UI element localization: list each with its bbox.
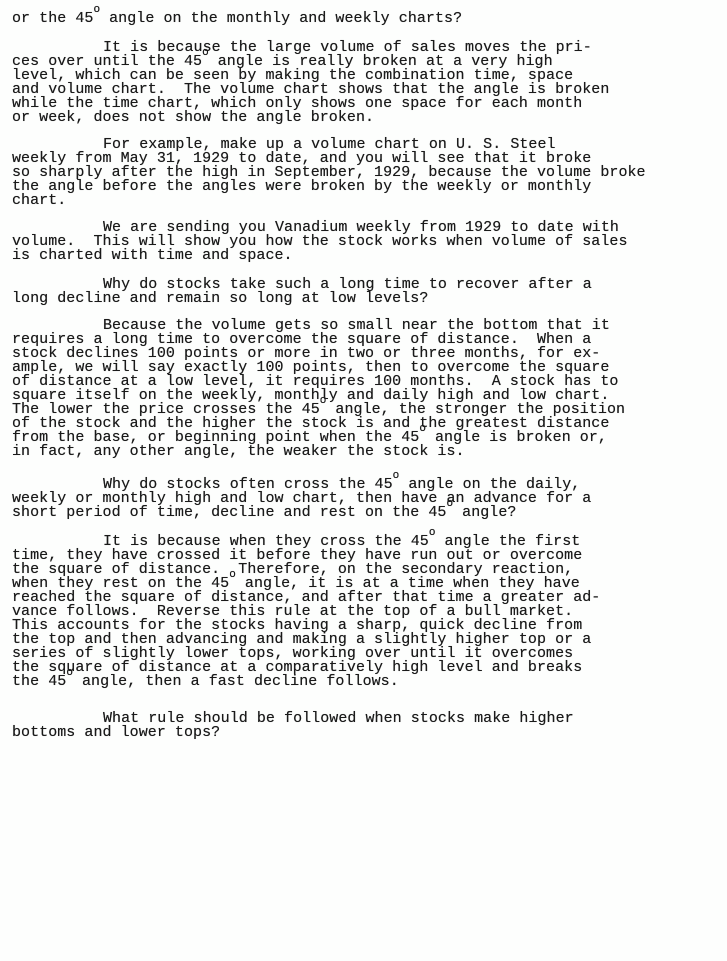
degree-superscript: o bbox=[229, 569, 236, 581]
text-line: is charted with time and space. bbox=[12, 249, 293, 263]
text-run: or week, does not show the angle broken. bbox=[12, 109, 374, 126]
text-line: bottoms and lower tops? bbox=[12, 726, 220, 740]
degree-superscript: o bbox=[320, 395, 327, 407]
degree-superscript: o bbox=[66, 667, 73, 679]
text-run: angle, then a fast decline follows. bbox=[73, 673, 399, 690]
text-run: long decline and remain so long at low l… bbox=[12, 290, 428, 307]
text-line: or week, does not show the angle broken. bbox=[12, 111, 374, 125]
text-run: angle? bbox=[453, 504, 516, 521]
text-run: bottoms and lower tops? bbox=[12, 724, 220, 741]
text-line: the 45o angle, then a fast decline follo… bbox=[12, 675, 399, 689]
text-run: the 45 bbox=[12, 673, 66, 690]
degree-superscript: o bbox=[446, 498, 453, 510]
degree-superscript: o bbox=[393, 470, 400, 482]
document-page: or the 45o angle on the monthly and week… bbox=[0, 0, 727, 961]
degree-superscript: o bbox=[429, 527, 436, 539]
text-line: the angle before the angles were broken … bbox=[12, 180, 591, 194]
text-run: angle on the monthly and weekly charts? bbox=[100, 10, 462, 27]
text-run: is charted with time and space. bbox=[12, 247, 293, 264]
text-run: short period of time, decline and rest o… bbox=[12, 504, 446, 521]
text-run: the angle before the angles were broken … bbox=[12, 178, 591, 195]
degree-superscript: o bbox=[93, 4, 100, 16]
text-run: chart. bbox=[12, 192, 66, 209]
text-line: or the 45o angle on the monthly and week… bbox=[12, 12, 462, 26]
degree-superscript: o bbox=[202, 47, 209, 59]
text-line: long decline and remain so long at low l… bbox=[12, 292, 428, 306]
text-line: in fact, any other angle, the weaker the… bbox=[12, 445, 465, 459]
degree-superscript: o bbox=[419, 423, 426, 435]
text-line: chart. bbox=[12, 194, 66, 208]
text-run: or the 45 bbox=[12, 10, 93, 27]
text-line: short period of time, decline and rest o… bbox=[12, 506, 516, 520]
text-run: in fact, any other angle, the weaker the… bbox=[12, 443, 465, 460]
